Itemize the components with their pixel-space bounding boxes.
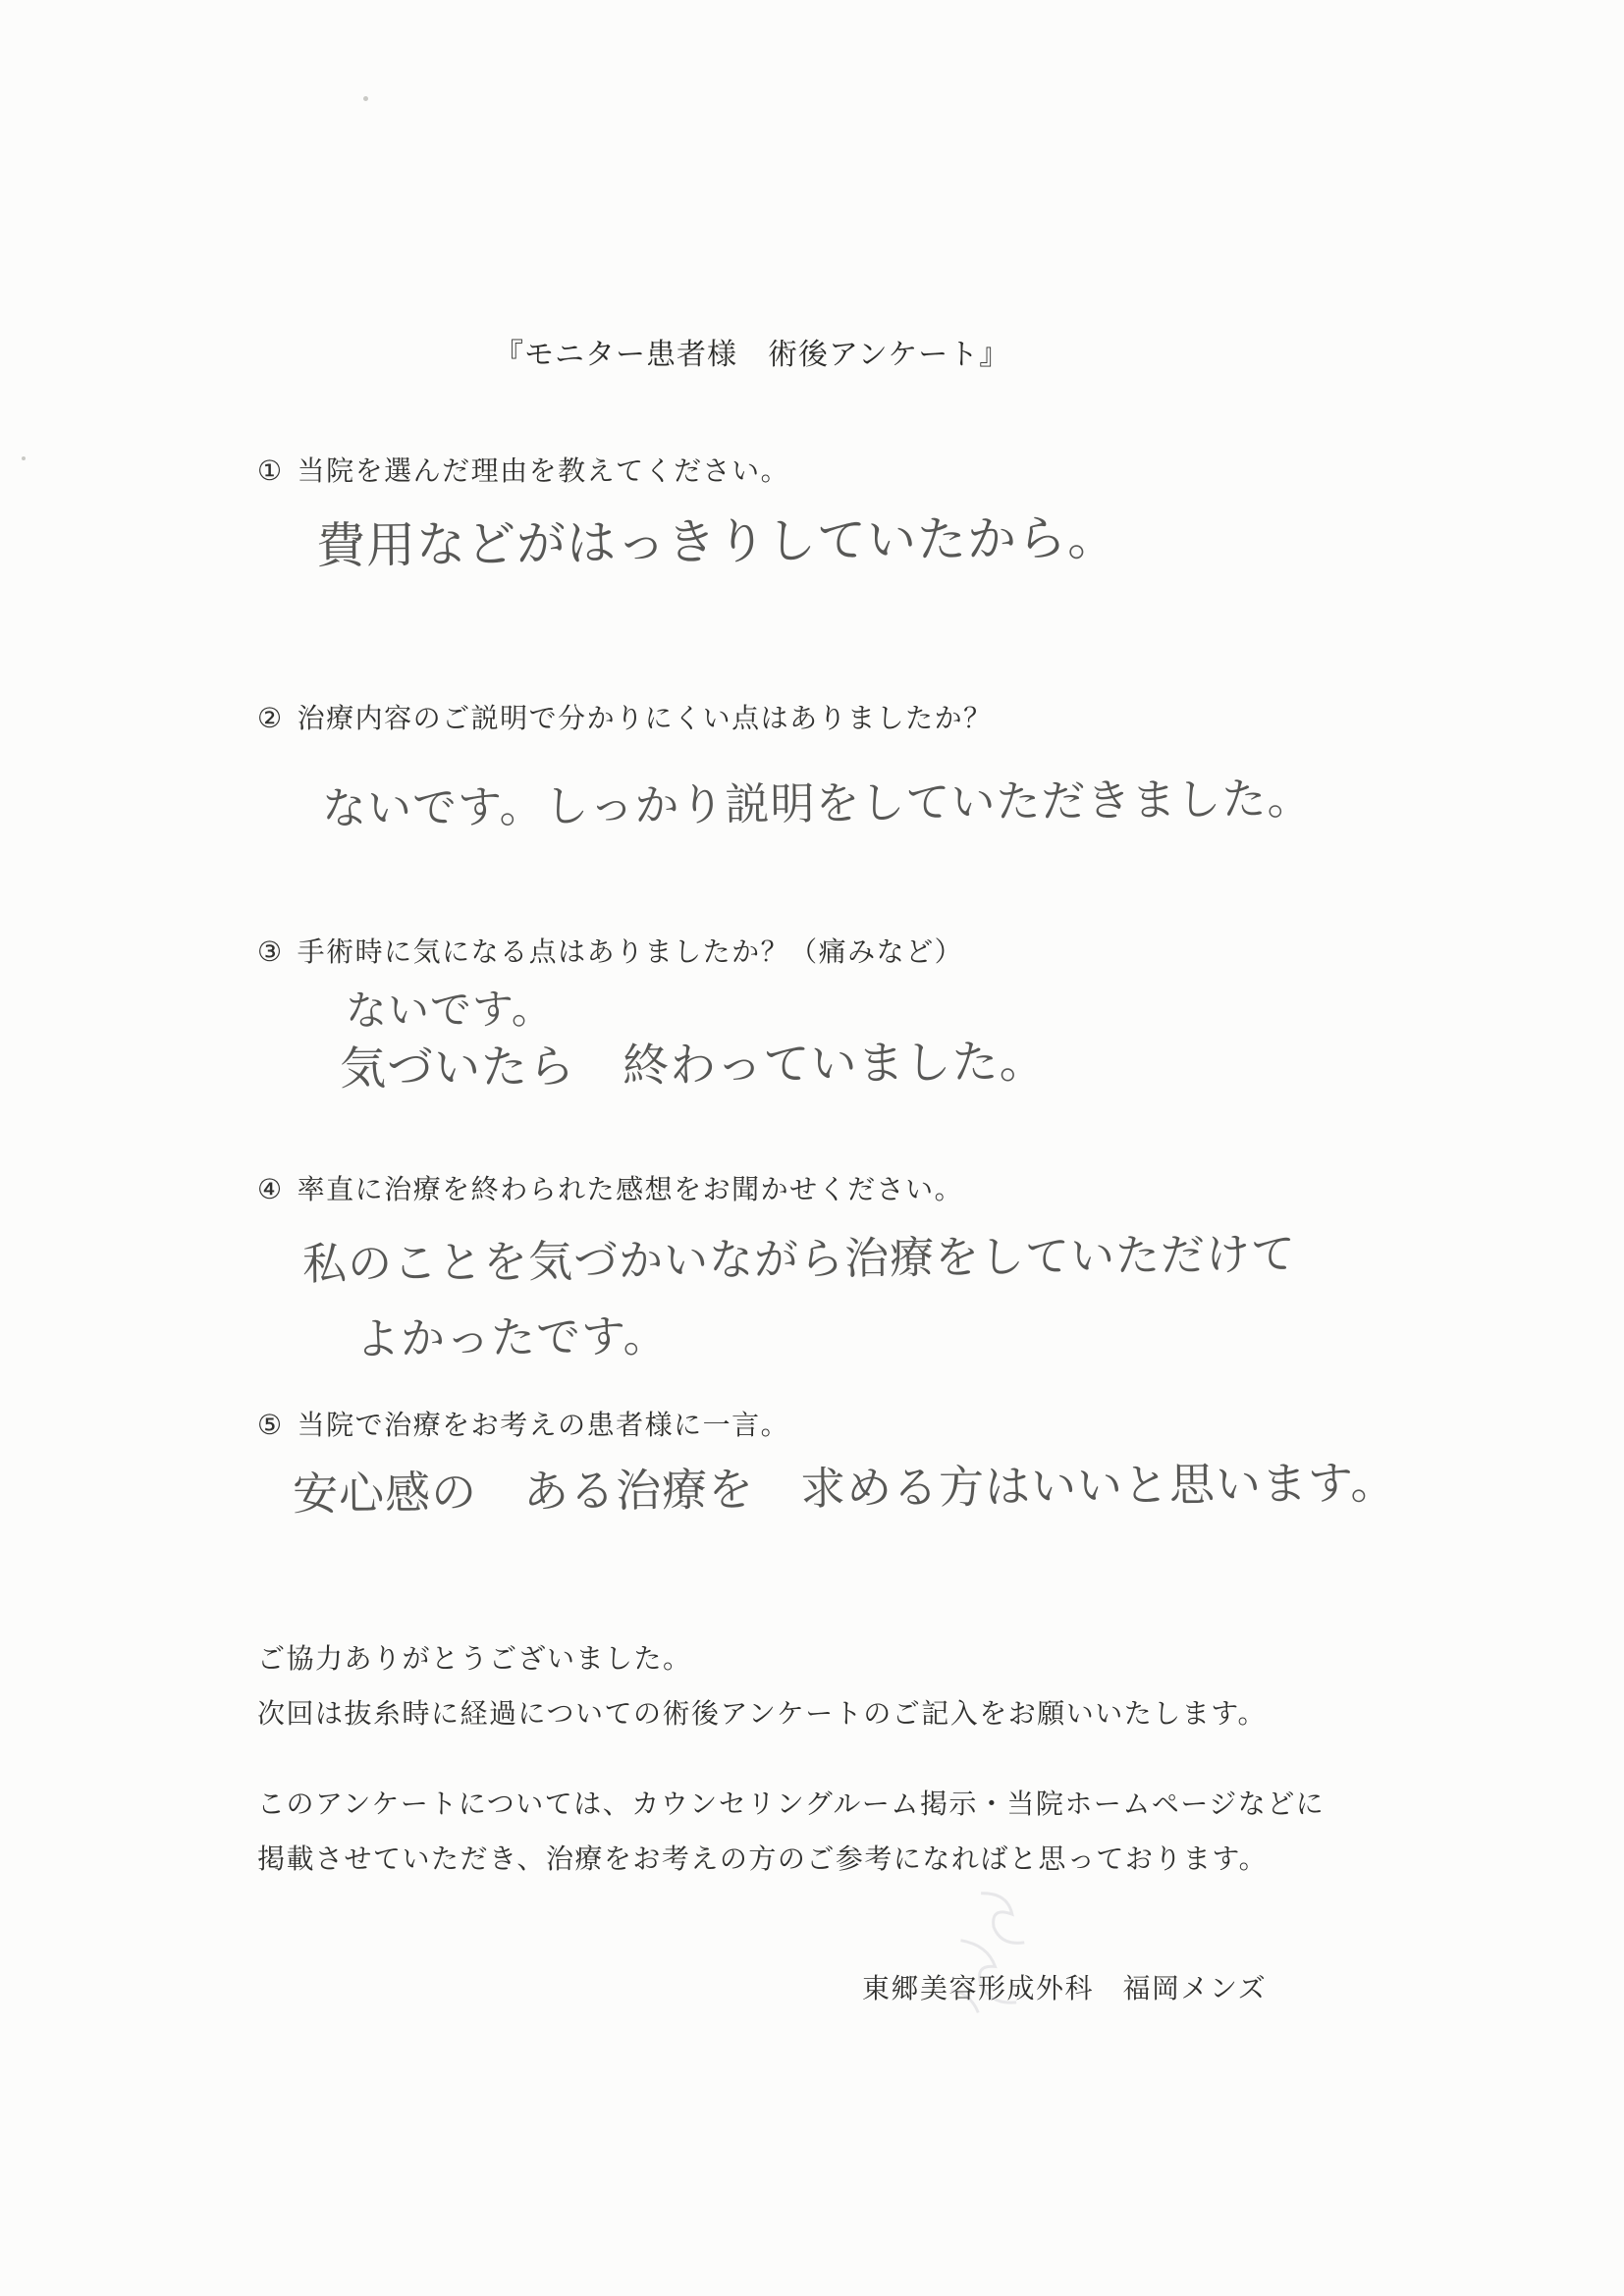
question-4-label: 率直に治療を終わられた感想をお聞かせください。: [298, 1175, 964, 1205]
answer-3-handwriting-line-1: ないです。: [346, 977, 554, 1038]
question-1: ①当院を選んだ理由を教えてください。: [257, 450, 789, 489]
closing-line-1: ご協力ありがとうございました。: [257, 1637, 692, 1677]
answer-1-handwriting: 費用などがはっきりしていたから。: [316, 499, 1118, 578]
question-1-number: ①: [257, 454, 284, 488]
question-2-number: ②: [257, 702, 284, 735]
question-3: ③手術時に気になる点はありましたか？（痛みなど）: [257, 931, 963, 970]
question-3-label: 手術時に気になる点はありましたか？（痛みなど）: [298, 937, 964, 968]
answer-5-handwriting: 安心感の ある治療を 求める方はいいと思います。: [293, 1447, 1397, 1523]
answer-2-handwriting: ないです。しっかり説明をしていただきました。: [322, 763, 1313, 837]
question-5: ⑤当院で治療をお考えの患者様に一言。: [257, 1404, 789, 1443]
question-5-label: 当院で治療をお考えの患者様に一言。: [298, 1411, 790, 1441]
closing-line-2: 次回は抜糸時に経過についての術後アンケートのご記入をお願いいたします。: [257, 1692, 1267, 1732]
question-2: ②治療内容のご説明で分かりにくい点はありましたか？: [257, 697, 993, 736]
question-4: ④率直に治療を終わられた感想をお聞かせください。: [257, 1168, 963, 1207]
scan-speck: [363, 96, 368, 101]
faint-scan-marks: [894, 1861, 1110, 2075]
answer-4-handwriting-line-2: よかったです。: [355, 1300, 669, 1366]
question-3-number: ③: [257, 935, 284, 969]
scan-speck: [22, 456, 26, 460]
question-5-number: ⑤: [257, 1409, 284, 1442]
answer-3-handwriting-line-2: 気づいたら 終わっていました。: [340, 1025, 1047, 1098]
question-4-number: ④: [257, 1173, 284, 1206]
note-line-1: このアンケートについては、カウンセリングルーム掲示・当院ホームページなどに: [257, 1783, 1325, 1822]
note-line-2: 掲載させていただき、治療をお考えの方のご参考になればと思っております。: [257, 1838, 1268, 1877]
answer-4-handwriting-line-1: 私のことを気づかいながら治療をしていただけて: [302, 1218, 1297, 1293]
page-title: 『モニター患者様 術後アンケート』: [494, 330, 1009, 373]
scanned-questionnaire-page: 『モニター患者様 術後アンケート』 ①当院を選んだ理由を教えてください。 費用な…: [0, 0, 1624, 2296]
question-2-label: 治療内容のご説明で分かりにくい点はありましたか？: [298, 704, 993, 734]
question-1-label: 当院を選んだ理由を教えてください。: [298, 456, 790, 487]
